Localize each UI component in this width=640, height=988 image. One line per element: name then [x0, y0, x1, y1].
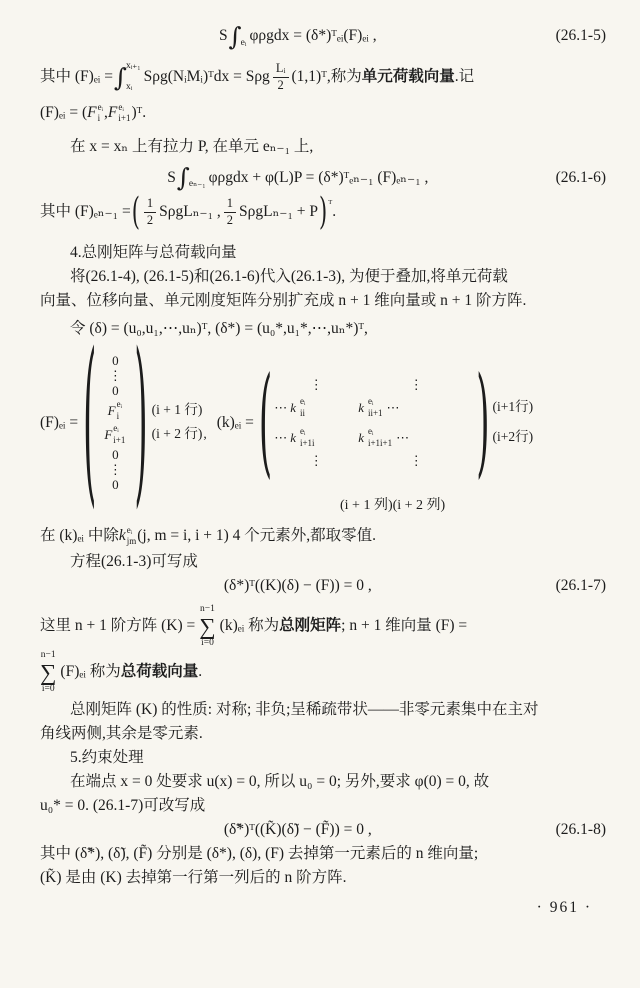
fraction-numerator: Lᵢ: [273, 61, 289, 78]
row-label: (i+2行): [492, 423, 533, 453]
row-label-text: (i + 1 行): [152, 400, 203, 421]
row-label: (i + 2 行),: [152, 423, 207, 447]
math-symbol-k: k: [290, 428, 296, 448]
paragraph-zero-entries: 在 (k)ₑᵢ 中除 k eᵢ jm (j, m = i, i + 1) 4 个…: [40, 524, 606, 548]
math-symbol-F: F: [108, 101, 117, 125]
superscript: eᵢ: [117, 399, 122, 410]
math-symbol-k: k: [290, 398, 296, 418]
superscript: eᵢ: [300, 426, 305, 437]
fraction: 1 2: [144, 196, 156, 228]
superscript: eᵢ: [113, 423, 118, 434]
paragraph-substitute-line1: 将(26.1-4), (26.1-5)和(26.1-6)代入(26.1-3), …: [40, 265, 606, 289]
equation-number: (26.1-6): [556, 166, 606, 190]
equation-number: (26.1-5): [556, 24, 606, 48]
line-f-components: (F)ₑᵢ = ( F eᵢ i , F eᵢ i+1 )ᵀ.: [40, 101, 606, 125]
summation: n−1 ∑ i=0: [199, 604, 215, 648]
equation-26-1-6: S ∫ eₙ₋₁ φρgdx + φ(L)P = (δ*)ᵀₑₙ₋₁ (F)ₑₙ…: [40, 165, 606, 190]
fraction-numerator: 1: [144, 196, 156, 213]
comma: ,: [203, 424, 206, 445]
math-symbol-k: k: [119, 524, 126, 548]
row-label: (i + 1 行): [152, 399, 207, 423]
math-symbol-F: F: [87, 101, 96, 125]
superscript: eᵢ: [127, 525, 132, 536]
integral-bounds: xᵢ₊₁ xᵢ: [126, 62, 141, 92]
superscript: eᵢ: [118, 102, 123, 113]
cdots: ⋯: [396, 428, 409, 448]
sup-sub: eᵢ i+1: [118, 102, 130, 125]
k-matrix-lhs: (k)ₑᵢ =: [217, 411, 254, 435]
math-text: Sρg(NᵢMᵢ)ᵀdx = Sρg: [144, 65, 270, 89]
subscript: i: [98, 113, 101, 124]
equation-26-1-5: S ∫ eᵢ φρgdx = (δ*)ᵀₑᵢ(F)ₑᵢ , (26.1-5): [40, 24, 606, 49]
vector-entry: 0: [98, 383, 132, 399]
section-heading-4: 4.总刚矩阵与总荷载向量: [40, 241, 606, 265]
equation-number: (26.1-8): [556, 818, 606, 842]
subscript: i: [117, 411, 120, 422]
paragraph-global-stiffness: 这里 n + 1 阶方阵 (K) = n−1 ∑ i=0 (k)ₑᵢ 称为 总刚…: [40, 604, 606, 648]
f-vector-row-labels: (i + 1 行) (i + 2 行),: [152, 353, 207, 493]
text: 其中 (F)ₑᵢ =: [40, 65, 113, 89]
math-text: (1,1)ᵀ,称为: [292, 65, 362, 89]
equation-body: S ∫ eₙ₋₁ φρgdx + φ(L)P = (δ*)ᵀₑₙ₋₁ (F)ₑₙ…: [40, 165, 556, 190]
close-paren: ): [319, 194, 327, 232]
text: (j, m = i, i + 1) 4 个元素外,都取零值.: [137, 524, 376, 548]
matrix-display: (F)ₑᵢ = ( 0 ⋮ 0 F eᵢ i F eᵢ i+1: [40, 353, 606, 493]
cdots: ⋯: [274, 428, 287, 448]
paragraph-properties-line1: 总刚矩阵 (K) 的性质: 对称; 非负;呈稀疏带状——非零元素集中在主对: [40, 698, 606, 722]
superscript: eᵢ: [368, 396, 373, 407]
sup-sub: eᵢ i: [98, 102, 103, 125]
subscript: i+1i+1: [368, 438, 392, 449]
vector-entry-f2: F eᵢ i+1: [98, 423, 132, 447]
math-text: SρgLₙ₋₁ + P: [239, 200, 318, 224]
f-vector-group: (F)ₑᵢ = ( 0 ⋮ 0 F eᵢ i F eᵢ i+1: [40, 353, 207, 493]
equation-26-1-7: (δ*)ᵀ((K)(δ) − (F)) = 0 , (26.1-7): [40, 574, 606, 598]
equation-body: (δ*)ᵀ((K)(δ) − (F)) = 0 ,: [40, 574, 556, 598]
fraction-denominator: 2: [147, 213, 153, 229]
cdots: ⋯: [387, 398, 400, 418]
text: .: [332, 200, 336, 224]
paragraph-tilde-line1: 其中 (δ̃*), (δ̃), (F̃) 分别是 (δ*), (δ), (F) …: [40, 842, 606, 866]
equation-body: (δ̃*)ᵀ((K̃)(δ̃) − (F̃)) = 0 ,: [40, 818, 556, 842]
equation-body: S ∫ eᵢ φρgdx = (δ*)ᵀₑᵢ(F)ₑᵢ ,: [40, 24, 556, 49]
k-matrix-group: (k)ₑᵢ = ( ⋮ ⋮ ⋯ k eᵢ ii: [217, 377, 533, 469]
matrix-entry-k22: k eᵢ i+1i+1 ⋯: [358, 426, 474, 449]
subscript: ii: [300, 408, 305, 419]
row-label: (i+1行): [492, 393, 533, 423]
math-text: φρgdx + φ(L)P = (δ*)ᵀₑₙ₋₁ (F)ₑₙ₋₁ ,: [209, 166, 429, 190]
fraction: 1 2: [224, 196, 236, 228]
sup-sub: eᵢ ii: [300, 396, 305, 419]
sum-lower-limit: i=0: [201, 638, 214, 648]
superscript-T: ᵀ: [328, 196, 332, 213]
bold-term-element-load-vector: 单元荷载向量: [362, 65, 455, 89]
k-matrix-entries: ⋮ ⋮ ⋯ k eᵢ ii k eᵢ: [274, 377, 474, 469]
equation-number: (26.1-7): [556, 574, 606, 598]
f-vector-entries: 0 ⋮ 0 F eᵢ i F eᵢ i+1 0: [98, 353, 132, 493]
row-label-text: (i + 2 行): [152, 424, 203, 445]
vector-entry: 0: [98, 477, 132, 493]
f-vector-lhs: (F)ₑᵢ =: [40, 411, 78, 435]
sup-sub: eᵢ i+1i+1: [368, 426, 392, 449]
matrix-entry-k12: k eᵢ ii+1 ⋯: [358, 396, 474, 419]
paragraph-constraint-line2: u₀* = 0. (26.1-7)可改写成: [40, 794, 606, 818]
paragraph-constraint-line1: 在端点 x = 0 处要求 u(x) = 0, 所以 u₀ = 0; 另外,要求…: [40, 770, 606, 794]
integral-lower-bound: xᵢ: [126, 83, 141, 93]
text: 这里 n + 1 阶方阵 (K) =: [40, 614, 195, 638]
open-paren: (: [259, 363, 272, 482]
matrix-entry-k21: ⋯ k eᵢ i+1i: [274, 426, 358, 449]
math-text: (k)ₑᵢ 称为: [220, 614, 279, 638]
sigma-icon: ∑: [40, 661, 56, 684]
math-text: (F)ₑᵢ 称为: [60, 660, 120, 684]
subscript: ii+1: [368, 408, 383, 419]
math-symbol-k: k: [358, 398, 364, 418]
integral-lower-bound: eₙ₋₁: [189, 177, 206, 192]
subscript: i+1i: [300, 438, 315, 449]
k-matrix-column-labels: (i + 1 列)(i + 2 列): [340, 495, 606, 517]
sup-sub: eᵢ ii+1: [368, 396, 383, 419]
math-symbol-F: F: [108, 401, 116, 421]
close-paren: ): [476, 363, 489, 482]
sup-sub: eᵢ i+1: [113, 423, 125, 446]
math-text: φρgdx = (δ*)ᵀₑᵢ(F)ₑᵢ ,: [249, 24, 376, 48]
line-load-vector-n-1: 其中 (F)ₑₙ₋₁ = ( 1 2 SρgLₙ₋₁ , 1 2 SρgLₙ₋₁…: [40, 196, 606, 228]
math-symbol-F: F: [104, 425, 112, 445]
text: .记: [455, 65, 474, 89]
paragraph-element-load-vector: 其中 (F)ₑᵢ = ∫ xᵢ₊₁ xᵢ Sρg(NᵢMᵢ)ᵀdx = Sρg …: [40, 61, 606, 93]
superscript: eᵢ: [300, 396, 305, 407]
equation-26-1-8: (δ̃*)ᵀ((K̃)(δ̃) − (F̃)) = 0 , (26.1-8): [40, 818, 606, 842]
sup-sub: eᵢ i: [117, 399, 122, 422]
section-heading-5: 5.约束处理: [40, 746, 606, 770]
fraction-numerator: 1: [224, 196, 236, 213]
sup-sub: eᵢ i+1i: [300, 426, 315, 449]
cdots: ⋯: [274, 398, 287, 418]
text: .: [198, 660, 202, 684]
text: 其中 (F)ₑₙ₋₁ =: [40, 200, 131, 224]
integral-with-bounds: ∫ xᵢ₊₁ xᵢ: [113, 62, 144, 92]
integral-upper-bound: xᵢ₊₁: [126, 62, 141, 72]
matrix-vdots: ⋮: [274, 451, 358, 471]
math-text: S: [219, 24, 228, 48]
fraction-denominator: 2: [278, 78, 284, 94]
subscript: jm: [127, 536, 137, 547]
page-number: · 961 ·: [40, 896, 606, 920]
sigma-icon: ∑: [199, 615, 215, 638]
text: 在 (k)ₑᵢ 中除: [40, 524, 119, 548]
math-text: )ᵀ.: [131, 101, 146, 125]
summation: n−1 ∑ i=0: [40, 650, 56, 694]
paragraph-global-load: n−1 ∑ i=0 (F)ₑᵢ 称为 总荷载向量 .: [40, 650, 606, 694]
math-text: SρgLₙ₋₁ ,: [159, 200, 221, 224]
integral-lower-bound: eᵢ: [241, 36, 247, 51]
k-matrix-row-labels: (i+1行) (i+2行): [492, 377, 533, 469]
matrix-vdots: ⋮: [358, 451, 474, 471]
paragraph-tilde-line2: (K̃) 是由 (K) 去掉第一行第一列后的 n 阶方阵.: [40, 866, 606, 890]
math-symbol-k: k: [358, 428, 364, 448]
fraction: Lᵢ 2: [273, 61, 289, 93]
bold-term-global-stiffness-matrix: 总刚矩阵: [279, 614, 341, 638]
open-paren: (: [132, 194, 140, 232]
text: ; n + 1 维向量 (F) =: [341, 614, 467, 638]
math-text: S: [167, 166, 176, 190]
vector-entry-f1: F eᵢ i: [98, 399, 132, 423]
paragraph-substitute-line2: 向量、位移向量、单元刚度矩阵分别扩充成 n + 1 维向量或 n + 1 阶方阵…: [40, 289, 606, 313]
subscript: i+1: [118, 113, 130, 124]
open-paren: (: [83, 332, 96, 512]
superscript: eᵢ: [368, 426, 373, 437]
paragraph-properties-line2: 角线两侧,其余是零元素.: [40, 722, 606, 746]
bold-term-global-load-vector: 总荷载向量: [121, 660, 199, 684]
paragraph-tension: 在 x = xₙ 上有拉力 P, 在单元 eₙ₋₁ 上,: [40, 135, 606, 159]
line-delta-vectors: 令 (δ) = (u₀,u₁,⋯,uₙ)ᵀ, (δ*) = (u₀*,u₁*,⋯…: [40, 317, 606, 341]
math-text: (F)ₑᵢ = (: [40, 101, 87, 125]
close-paren: ): [134, 332, 147, 512]
sum-lower-limit: i=0: [42, 684, 55, 694]
line-equation-intro: 方程(26.1-3)可写成: [40, 550, 606, 574]
document-page: S ∫ eᵢ φρgdx = (δ*)ᵀₑᵢ(F)ₑᵢ , (26.1-5) 其…: [0, 0, 640, 920]
fraction-denominator: 2: [227, 213, 233, 229]
paragraph-line: 其中 (F)ₑᵢ = ∫ xᵢ₊₁ xᵢ Sρg(NᵢMᵢ)ᵀdx = Sρg …: [40, 61, 474, 93]
superscript: eᵢ: [98, 102, 103, 113]
matrix-entry-k11: ⋯ k eᵢ ii: [274, 396, 358, 419]
